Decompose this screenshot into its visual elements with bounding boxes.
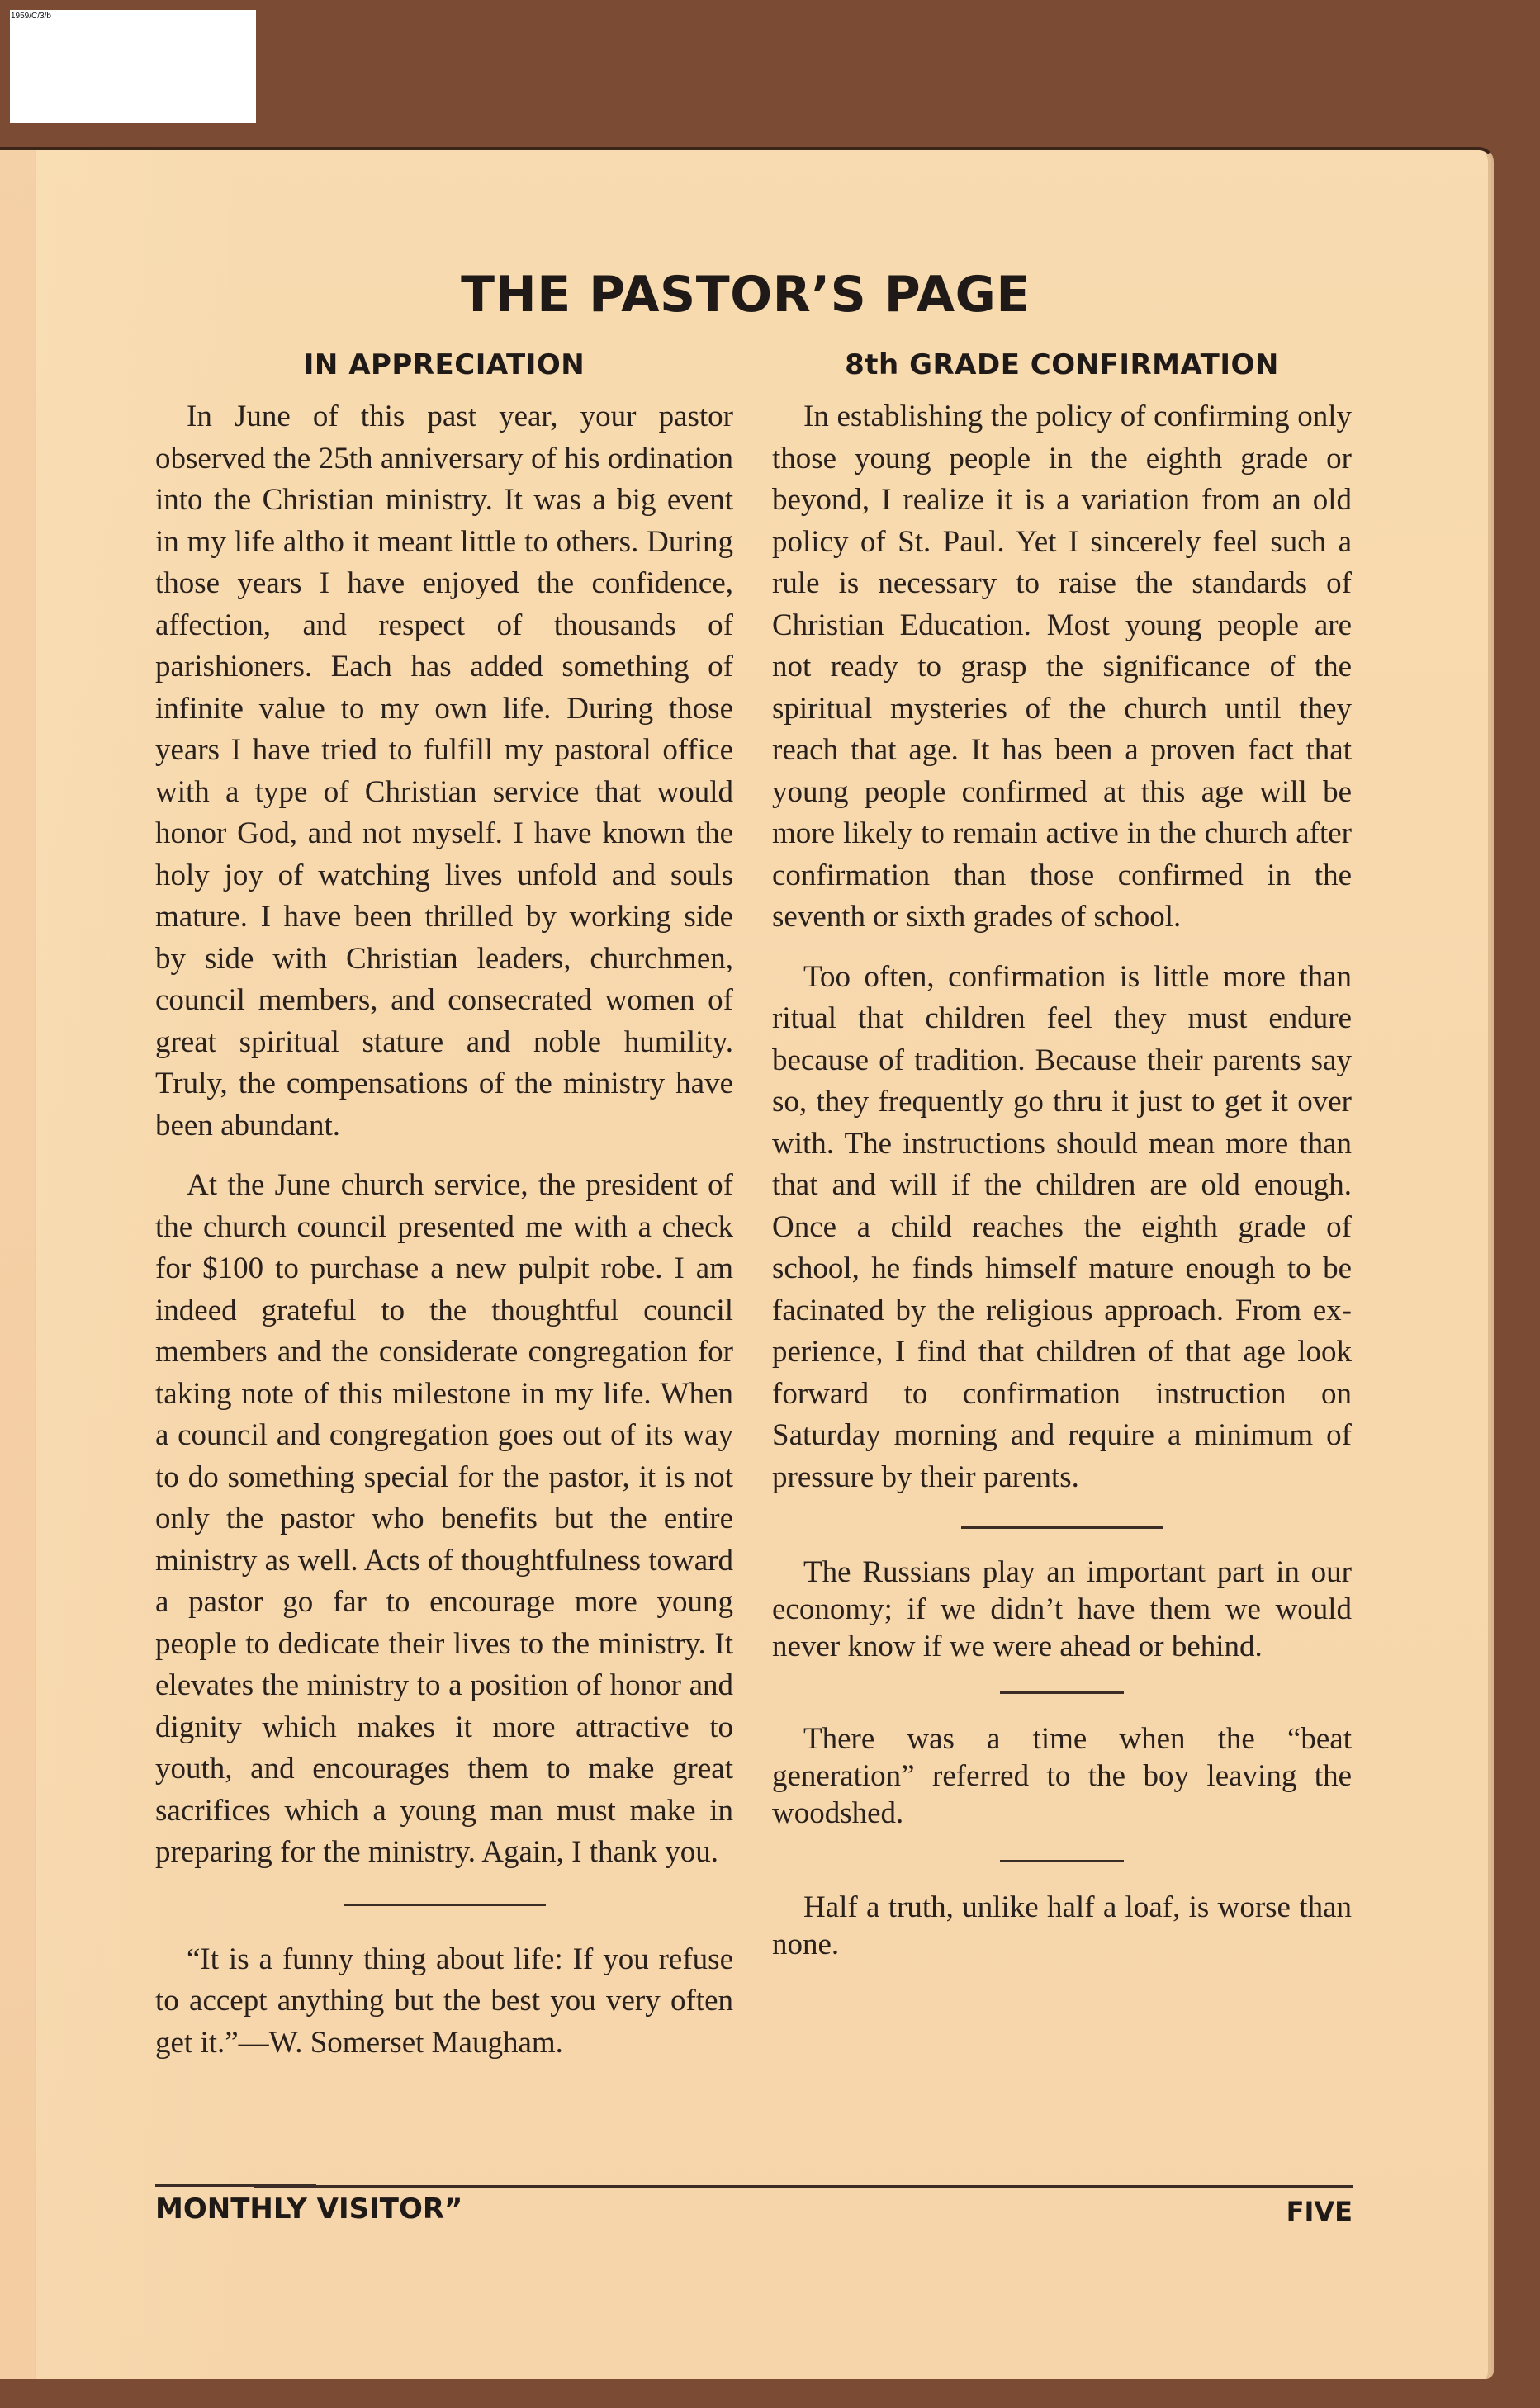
article-paragraph: Too often, confirmation is little more t… bbox=[772, 957, 1352, 1499]
section-divider bbox=[344, 1904, 546, 1906]
section-divider bbox=[961, 1526, 1163, 1529]
left-column: IN APPRECIATION In June of this past yea… bbox=[155, 348, 733, 2082]
footer-rule bbox=[254, 2185, 1353, 2188]
archive-label-text: 1959/C/3/b bbox=[11, 12, 51, 21]
filler-paragraph: The Russians play an important part in o… bbox=[772, 1554, 1352, 1665]
publication-name: MONTHLY VISITOR” bbox=[155, 2193, 462, 2226]
page-number: FIVE bbox=[1286, 2196, 1353, 2227]
magazine-page: THE PASTOR’S PAGE IN APPRECIATION In Jun… bbox=[0, 147, 1494, 2379]
filler-paragraph: Half a truth, unlike half a loaf, is wor… bbox=[772, 1889, 1352, 1963]
article-paragraph: At the June church service, the pres­ide… bbox=[155, 1165, 733, 1874]
filler-paragraph: There was a time when the “beat generati… bbox=[772, 1720, 1352, 1832]
article-paragraph: In June of this past year, your pastor o… bbox=[155, 396, 733, 1147]
archive-label: 1959/C/3/b bbox=[10, 10, 256, 123]
section-heading-appreciation: IN APPRECIATION bbox=[155, 348, 733, 381]
section-divider bbox=[1000, 1691, 1124, 1694]
section-divider bbox=[1000, 1860, 1124, 1862]
section-heading-confirmation: 8th GRADE CONFIRMATION bbox=[772, 348, 1352, 381]
right-column: 8th GRADE CONFIRMATION In establishing t… bbox=[772, 348, 1352, 1981]
quote-paragraph: “It is a funny thing about life: If you … bbox=[155, 1939, 733, 2065]
article-paragraph: In establishing the policy of con­firmin… bbox=[772, 396, 1352, 939]
page-title: THE PASTOR’S PAGE bbox=[0, 266, 1491, 324]
